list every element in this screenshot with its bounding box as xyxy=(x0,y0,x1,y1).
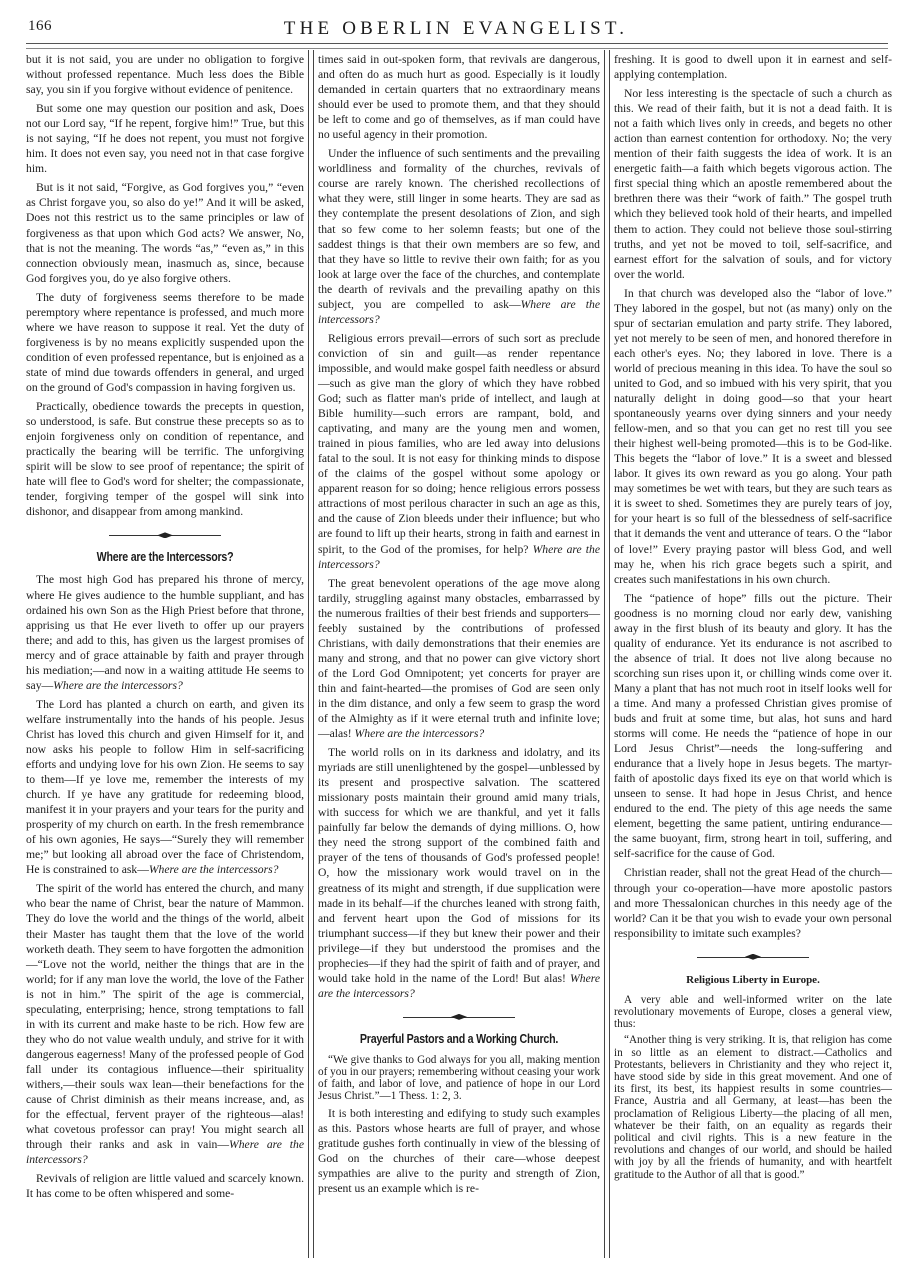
paragraph-text: Religious errors prevail—errors of such … xyxy=(318,332,600,556)
paragraph-text: The most high God has prepared his thron… xyxy=(26,573,304,691)
paragraph: The spirit of the world has entered the … xyxy=(26,881,304,1167)
paragraph-text: The Lord has planted a church on earth, … xyxy=(26,698,304,877)
paragraph: but it is not said, you are under no obl… xyxy=(26,52,304,97)
article-heading-prayerful-pastors: Prayerful Pastors and a Working Church. xyxy=(343,1031,574,1046)
paragraph: times said in out-spoken form, that revi… xyxy=(318,52,600,142)
paragraph: A very able and well-informed writer on … xyxy=(614,994,892,1031)
paragraph-text: The world rolls on in its darkness and i… xyxy=(318,746,600,985)
masthead-rule xyxy=(26,43,888,49)
paragraph: But some one may question our position a… xyxy=(26,101,304,176)
paragraph: But is it not said, “Forgive, as God for… xyxy=(26,180,304,285)
masthead: 166 THE OBERLIN EVANGELIST. xyxy=(26,18,886,40)
paragraph: Religious errors prevail—errors of such … xyxy=(318,331,600,572)
column-divider xyxy=(308,50,314,1258)
column-1: but it is not said, you are under no obl… xyxy=(26,52,304,1205)
paragraph: Revivals of religion are little valued a… xyxy=(26,1171,304,1201)
column-2: times said in out-spoken form, that revi… xyxy=(318,52,600,1200)
paragraph: In that church was developed also the “l… xyxy=(614,286,892,587)
newspaper-title: THE OBERLIN EVANGELIST. xyxy=(26,18,886,40)
paragraph: Nor less interesting is the spectacle of… xyxy=(614,86,892,282)
column-divider xyxy=(604,50,610,1258)
block-quote: “Another thing is very striking. It is, … xyxy=(614,1034,892,1180)
paragraph-text: Under the influence of such sentiments a… xyxy=(318,147,600,310)
paragraph: Christian reader, shall not the great He… xyxy=(614,865,892,940)
paragraph: The duty of forgiveness seems therefore … xyxy=(26,290,304,395)
paragraph: The great benevolent operations of the a… xyxy=(318,576,600,742)
emphasis-text: Where are the intercessors? xyxy=(53,679,183,692)
paragraph: freshing. It is good to dwell upon it in… xyxy=(614,52,892,82)
article-heading-religious-liberty: Religious Liberty in Europe. xyxy=(614,973,892,988)
paragraph: The most high God has prepared his thron… xyxy=(26,572,304,692)
section-ornament-divider xyxy=(109,531,221,539)
column-3: freshing. It is good to dwell upon it in… xyxy=(614,52,892,1185)
paragraph: The Lord has planted a church on earth, … xyxy=(26,697,304,878)
paragraph: Practically, obedience towards the prece… xyxy=(26,399,304,519)
section-ornament-divider xyxy=(403,1013,515,1021)
paragraph: It is both interesting and edifying to s… xyxy=(318,1106,600,1196)
paragraph: The “patience of hope” fills out the pic… xyxy=(614,591,892,862)
paragraph: The world rolls on in its darkness and i… xyxy=(318,745,600,1001)
emphasis-text: Where are the intercessors? xyxy=(355,727,485,740)
section-ornament-divider xyxy=(697,953,809,961)
paragraph-text: The spirit of the world has entered the … xyxy=(26,882,304,1151)
paragraph-text: The great benevolent operations of the a… xyxy=(318,577,600,740)
emphasis-text: Where are the intercessors? xyxy=(149,863,279,876)
article-heading-intercessors: Where are the Intercessors? xyxy=(51,549,279,564)
scripture-quote: “We give thanks to God always for you al… xyxy=(318,1054,600,1102)
paragraph: Under the influence of such sentiments a… xyxy=(318,146,600,327)
